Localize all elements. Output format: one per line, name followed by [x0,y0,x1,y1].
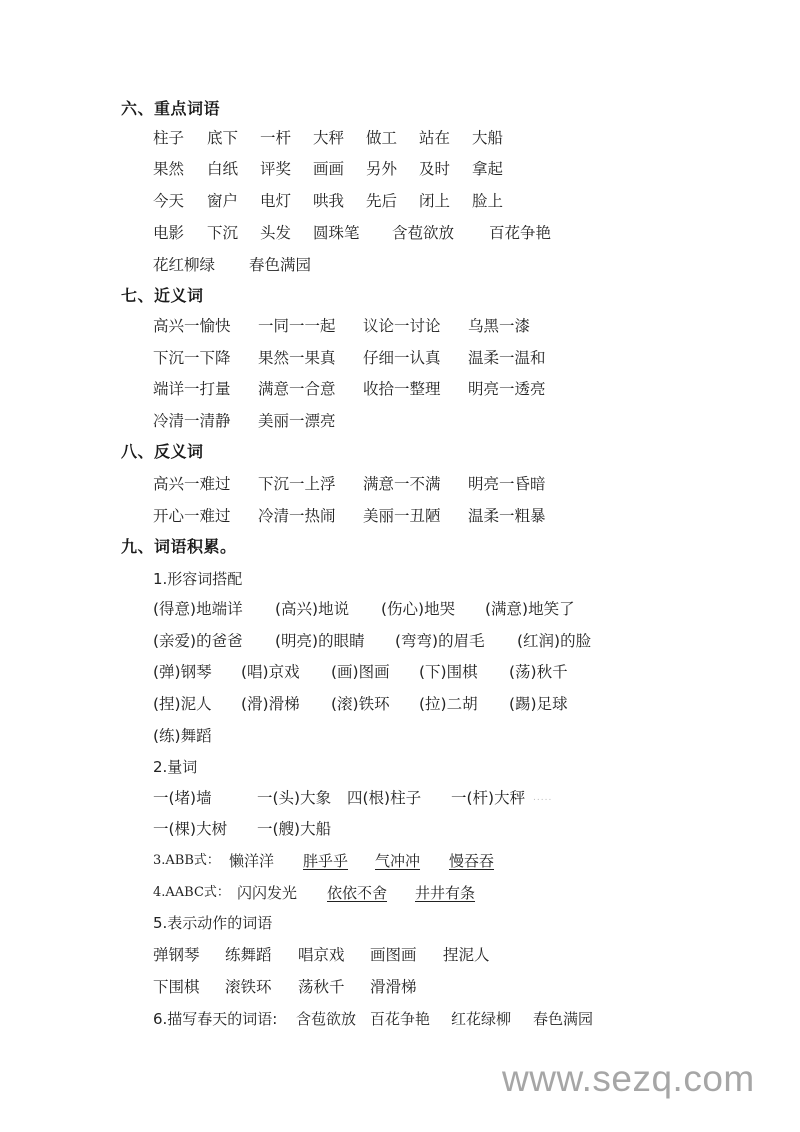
aabc-label: 4.AABC式： [153,882,230,904]
synonym-pair: 一同一一起 [258,315,336,337]
word: 哄我 [313,190,344,212]
abb-answer: 慢吞吞 [449,850,494,872]
section-8-heading: 八、反义词 [121,442,204,462]
aabc-answer: 依依不舍 [327,882,387,904]
antonym-pair: 温柔一粗暴 [468,505,546,527]
synonym-pair: 收拾一整理 [363,378,441,400]
word: 画画 [313,158,344,180]
antonym-pair: 高兴一难过 [153,473,231,495]
measure-phrase: 四(根)柱子 [347,787,421,809]
measure-phrase: 一(堵)墙 [153,787,212,809]
section-9-heading: 九、词语积累。 [121,537,237,557]
word: 另外 [366,158,397,180]
word: 脸上 [472,190,503,212]
word: 做工 [366,127,397,149]
word: 含苞欲放 [392,222,454,244]
document-page: 六、重点词语 柱子 底下 一杆 大秤 做工 站在 大船 果然 白纸 评奖 画画 … [0,0,800,1132]
synonym-pair: 温柔一温和 [468,347,546,369]
word: 白纸 [207,158,238,180]
action-word: 捏泥人 [443,944,490,966]
collocation: (画)图画 [331,661,390,683]
collocation: (唱)京戏 [241,661,300,683]
aabc-answer: 井井有条 [415,882,475,904]
synonym-pair: 明亮一透亮 [468,378,546,400]
collocation: (弹)钢琴 [153,661,212,683]
part-5-label: 5.表示动作的词语 [153,912,272,934]
collocation: (滑)滑梯 [241,693,300,715]
word: 大秤 [313,127,344,149]
collocation: (练)舞蹈 [153,725,212,747]
action-word: 荡秋千 [298,976,345,998]
part-2-label: 2.量词 [153,756,197,778]
antonym-pair: 下沉一上浮 [258,473,336,495]
synonym-pair: 高兴一愉快 [153,315,231,337]
word: 柱子 [153,127,184,149]
word: 电影 [153,222,184,244]
action-word: 弹钢琴 [153,944,200,966]
synonym-pair: 仔细一认真 [363,347,441,369]
word: 头发 [260,222,291,244]
measure-phrase: 一(棵)大树 [153,818,227,840]
trailing-mark: ..... [533,787,552,809]
action-word: 唱京戏 [298,944,345,966]
collocation: (高兴)地说 [275,598,349,620]
collocation: (满意)地笑了 [485,598,575,620]
collocation: (踢)足球 [509,693,568,715]
word: 拿起 [472,158,503,180]
watermark: www.sezq.com [502,1058,755,1100]
word: 今天 [153,190,184,212]
section-7-heading: 七、近义词 [121,286,204,306]
measure-phrase: 一(杆)大秤 [451,787,525,809]
action-word: 下围棋 [153,976,200,998]
action-word: 滑滑梯 [370,976,417,998]
collocation: (明亮)的眼睛 [275,630,365,652]
word: 大船 [472,127,503,149]
word: 及时 [419,158,450,180]
collocation: (拉)二胡 [419,693,478,715]
antonym-pair: 冷清一热闹 [258,505,336,527]
word: 下沉 [207,222,238,244]
abb-answer: 气冲冲 [375,850,420,872]
spring-words-label: 6.描写春天的词语: [153,1008,277,1030]
word: 评奖 [260,158,291,180]
word: 花红柳绿 [153,254,215,276]
collocation: (伤心)地哭 [381,598,455,620]
collocation: (亲爱)的爸爸 [153,630,243,652]
synonym-pair: 乌黑一漆 [468,315,530,337]
word: 一杆 [260,127,291,149]
measure-phrase: 一(头)大象 [257,787,331,809]
synonym-pair: 冷清一清静 [153,410,231,432]
action-word: 画图画 [370,944,417,966]
antonym-pair: 明亮一昏暗 [468,473,546,495]
collocation: (捏)泥人 [153,693,212,715]
spring-word: 含苞欲放 [296,1008,356,1030]
part-1-label: 1.形容词搭配 [153,568,242,590]
word: 站在 [419,127,450,149]
collocation: (弯弯)的眉毛 [395,630,485,652]
word: 闭上 [419,190,450,212]
aabc-given-word: 闪闪发光 [237,882,297,904]
antonym-pair: 美丽一丑陋 [363,505,441,527]
spring-word: 春色满园 [533,1008,593,1030]
collocation: (得意)地端详 [153,598,243,620]
word: 电灯 [260,190,291,212]
word: 窗户 [207,190,238,212]
abb-label: 3.ABB式： [153,850,220,872]
synonym-pair: 议论一讨论 [363,315,441,337]
abb-answer: 胖乎乎 [303,850,348,872]
section-6-heading: 六、重点词语 [121,99,220,119]
synonym-pair: 下沉一下降 [153,347,231,369]
spring-word: 百花争艳 [370,1008,430,1030]
word: 底下 [207,127,238,149]
collocation: (下)围棋 [419,661,478,683]
word: 先后 [366,190,397,212]
collocation: (滚)铁环 [331,693,390,715]
action-word: 练舞蹈 [225,944,272,966]
collocation: (红润)的脸 [517,630,591,652]
collocation: (荡)秋千 [509,661,568,683]
word: 百花争艳 [489,222,551,244]
synonym-pair: 美丽一漂亮 [258,410,336,432]
antonym-pair: 开心一难过 [153,505,231,527]
word: 果然 [153,158,184,180]
action-word: 滚铁环 [225,976,272,998]
antonym-pair: 满意一不满 [363,473,441,495]
synonym-pair: 满意一合意 [258,378,336,400]
spring-word: 红花绿柳 [451,1008,511,1030]
synonym-pair: 端详一打量 [153,378,231,400]
word: 圆珠笔 [313,222,360,244]
word: 春色满园 [249,254,311,276]
synonym-pair: 果然一果真 [258,347,336,369]
measure-phrase: 一(艘)大船 [257,818,331,840]
abb-given-word: 懒洋洋 [229,850,274,872]
